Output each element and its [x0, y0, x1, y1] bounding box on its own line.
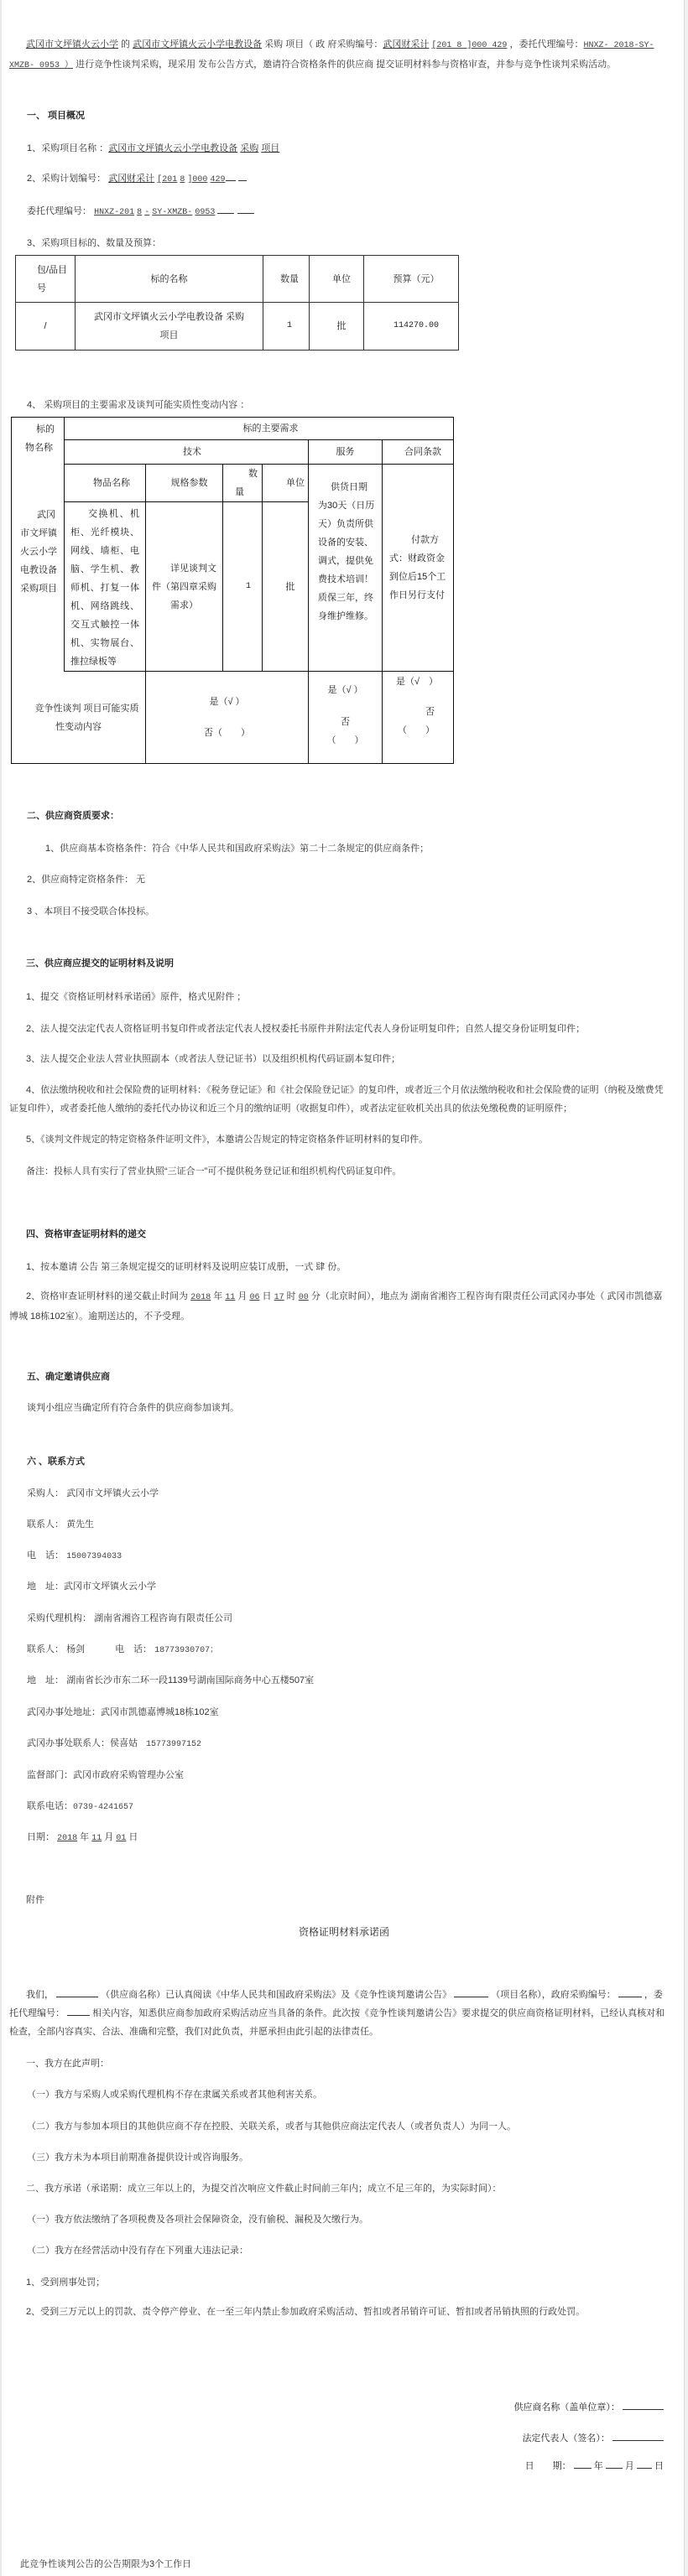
cell-subject: 武冈市文坪镇火云小学电教设备采购项目: [12, 465, 65, 672]
contact-phone: 18773930707；: [154, 1646, 218, 1655]
contact-buyer-person: 联系人： 黄先生: [9, 1515, 669, 1534]
deadline-text: 2、资格审查证明材料的递交截止时间为: [26, 1291, 190, 1301]
contact-label: 武冈办事处地址：: [27, 1707, 101, 1717]
submission-item: 1、按本邀请 公告 第三条规定提交的证明材料及说明应装订成册，一式 肆 份。: [9, 1258, 669, 1276]
contact-value: 杨剑: [66, 1644, 85, 1654]
cell-service: 供货日期为30天（日历天）负责所供设备的安装、调式，提供免费技术培训！ 质保三年…: [309, 465, 383, 672]
section-1-heading: 一、 项目概况: [9, 106, 669, 125]
deadline-hour: 17: [274, 1293, 284, 1302]
cell-quantity: 1: [263, 303, 310, 351]
blank-underline: [637, 2459, 652, 2469]
contact-label: 电 话：: [27, 1550, 64, 1561]
project-name-label: 1、采购项目名称 ：: [27, 143, 108, 153]
contact-agency-address: 地 址： 湖南省长沙市东二环一段1139号湖南国际商务中心五楼507室: [9, 1671, 669, 1690]
contact-label: 地 址：: [27, 1675, 64, 1685]
submission-deadline: 2、资格审查证明材料的递交截止时间为 2018 年 11 月 06 日 17 时…: [9, 1287, 669, 1326]
blank-underline: [67, 2006, 90, 2016]
requirements-table: 标的物名称 标的主要需求 技术 服务 合同条款 武冈市文坪镇火云小学电教设备采购…: [11, 417, 454, 764]
contact-supervisor: 监督部门：武冈市政府采购管理办公室: [9, 1766, 669, 1784]
header-item-name: 物品名称: [65, 465, 146, 502]
announcement-date: 日期： 2018 年 11 月 01 日: [9, 1828, 669, 1848]
contract-yes-option: 是（√ ）: [396, 673, 435, 691]
violation-item: 1、受到刑事处罚；: [9, 2273, 669, 2292]
document-item: 3、法人提交企业法人营业执照副本（或者法人登记证书）以及组织机构代码证副本复印件…: [9, 1050, 669, 1068]
date-label: 日期：: [27, 1832, 55, 1842]
contact-value: 湖南省长沙市东二环一段1139号湖南国际商务中心五楼507室: [66, 1675, 314, 1685]
section-6-heading: 六 、联系方式: [9, 1452, 669, 1471]
cell-service-variable: 是（√ ） 否（ ）: [309, 672, 383, 764]
header-main-requirements: 标的主要需求: [65, 418, 454, 440]
cell-budget: 114270.00: [364, 303, 459, 351]
contact-label: 地 址：: [27, 1581, 64, 1592]
deadline-text: 时: [284, 1291, 299, 1301]
technical-yes-option: 是（√ ）: [146, 693, 308, 711]
date-month-unit: 月: [625, 2461, 634, 2471]
budget-table: 包/品目号 标的名称 数量 单位 预算（元） / 武冈市文坪镇火云小学电教设备 …: [15, 255, 459, 351]
commitment-letter-paragraph: 我们， （供应商名称）已认真阅读《中华人民共和国政府采购法》及《竞争性谈判邀请公…: [9, 1986, 669, 2041]
blank-underline: [56, 1987, 98, 1997]
document-item: 1、提交《资格证明材料承诺函》原件，格式见附件 ；: [9, 988, 669, 1006]
signature-date-label: 日 期：: [525, 2461, 571, 2471]
declaration-item: （三）我方未为本项目前期准备提供设计或咨询服务。: [9, 2148, 669, 2167]
section-4-heading: 四、资格审查证明材料的递交: [9, 1225, 669, 1244]
intro-text: 的: [118, 39, 133, 49]
blank-underline: [623, 2400, 664, 2410]
plan-number-row: 2、采购计划编号： 武冈财采计 [201 8 ]000 429: [9, 169, 669, 190]
plan-number-label: 2、采购计划编号：: [27, 174, 106, 184]
contact-label: 武冈办事处联系人：: [27, 1738, 110, 1748]
deadline-text: 年: [211, 1291, 225, 1301]
header-unit: 单位: [310, 256, 364, 303]
plan-number-prefix: 武冈财采计: [383, 39, 429, 49]
contact-agency: 采购代理机构： 湖南省湘咨工程咨询有限责任公司: [9, 1609, 669, 1628]
signature-supplier-line: 供应商名称（盖单位章）：: [513, 2398, 664, 2417]
date-year: 2018: [57, 1834, 77, 1843]
contact-supervisor-phone: 联系电话：0739-4241657: [9, 1797, 669, 1817]
deadline-text: 日: [259, 1291, 274, 1301]
qualification-item: 2、供应商特定资格条件： 无: [9, 870, 669, 889]
header-item-name: 标的名称: [76, 256, 263, 303]
contact-label: 联系电话：: [27, 1801, 73, 1811]
declaration-item: （一）我方与采购人或采购代理机构不存在隶属关系或者其他利害关系。: [9, 2085, 669, 2104]
blank-underline: [612, 2431, 664, 2441]
agent-number-value: -: [144, 208, 149, 217]
blank-underline: [606, 2459, 623, 2469]
agent-number-value: HNXZ-201: [94, 208, 134, 217]
header-budget: 预算（元）: [364, 256, 459, 303]
project-name-value: 武冈市文坪镇火云小学电教设备: [108, 143, 237, 153]
contact-office-person: 武冈办事处联系人：侯喜姑15773997152: [9, 1734, 669, 1754]
blank-underline: [226, 171, 236, 181]
letter-text: 我们，: [26, 1990, 54, 2000]
plan-number-value: 8: [180, 175, 185, 184]
letter-text: （供应商名称）已认真阅读《中华人民共和国政府采购法》及《竞争性谈判邀请公告》: [101, 1990, 451, 2000]
cell-item-name: 武冈市文坪镇火云小学电教设备 采购项目: [76, 303, 263, 351]
cell-spec: 详见谈判文件（第四章采购需求）: [146, 502, 223, 672]
date-text: 月: [102, 1832, 116, 1842]
header-service: 服务: [309, 440, 383, 465]
contact-buyer-phone: 电 话： 15007394033: [9, 1546, 669, 1566]
intro-paragraph: 武冈市文坪镇火云小学 的 武冈市文坪镇火云小学电教设备 采购 项目（ 政 府采购…: [9, 35, 669, 75]
plan-number-value: 429: [210, 175, 225, 184]
agent-number-value: 8: [137, 208, 142, 217]
deadline-minute: 00: [299, 1293, 309, 1302]
letter-text: 相关内容，知悉供应商参加政府采购活动应当具备的条件。此次按《竞争性谈判邀请公告》…: [9, 2008, 665, 2037]
contact-label: 联系人：: [27, 1519, 64, 1529]
cell-contract: 付款方式：财政资金到位后15个工作日另行支付: [383, 465, 454, 672]
budget-table-header-row: 包/品目号 标的名称 数量 单位 预算（元）: [16, 256, 459, 303]
signature-representative-label: 法定代表人（签名）：: [522, 2433, 610, 2444]
contact-label: 采购人：: [27, 1488, 64, 1498]
technical-no-option: 否（ ）: [146, 724, 308, 742]
requirements-label: 4、 采购项目的主要需求及谈判可能实质性变动内容 ：: [9, 396, 669, 414]
plan-number: [201 8 ]000 429: [431, 41, 507, 50]
deadline-day: 06: [249, 1293, 259, 1302]
section-2-heading: 二、供应商资质要求：: [9, 807, 669, 825]
document-item: 5、《谈判文件规定的特定资格条件证明文件》，本邀请公告规定的特定资格条件证明材料…: [9, 1130, 669, 1149]
date-text: 年: [77, 1832, 91, 1842]
letter-text: （项目名称），政府采购编号：: [491, 1990, 616, 2000]
signature-date-line: 日 期： 年 月 日: [525, 2457, 664, 2475]
contact-value: 武冈市政府采购管理办公室: [73, 1770, 184, 1780]
contract-no-option: 否（ ）: [396, 703, 435, 740]
agent-number-value: SY-XMZB-: [152, 208, 192, 217]
blank-underline: [217, 204, 234, 214]
commitment-heading: 二、我方承诺（承诺期：成立三年以上的，为提交首次响应文件截止时间前三年内；成立不…: [9, 2179, 669, 2198]
variable-content-row: 竞争性谈判 项目可能实质性变动内容 是（√ ） 否（ ） 是（√ ） 否（ ） …: [12, 672, 454, 764]
deadline-text: 月: [235, 1291, 249, 1301]
page-left-edge: [0, 0, 2, 2576]
date-day-unit: 日: [654, 2461, 664, 2471]
project-name: 武冈市文坪镇火云小学电教设备: [133, 39, 262, 49]
contact-value: 武冈市文坪镇火云小学: [66, 1488, 159, 1498]
header-contract: 合同条款: [383, 440, 454, 465]
cell-unit: 批: [263, 502, 309, 672]
announcement-period-notice: 此竞争性谈判公告的公告期限为3个工作日: [9, 2555, 669, 2573]
intro-text: ，委托代理编号：: [507, 39, 583, 49]
qualification-item: 1、供应商基本资格条件：符合《中华人民共和国政府采购法》第二十二条规定的供应商条…: [9, 839, 669, 858]
header-spec: 规格参数: [146, 465, 223, 502]
cell-technical-variable: 是（√ ） 否（ ）: [146, 672, 309, 764]
agent-number-row: 委托代理编号： HNXZ-201 8 - SY-XMZB- 0953: [9, 202, 669, 222]
service-yes-option: 是（√ ）: [326, 681, 365, 699]
contact-label: 联系人：: [27, 1644, 64, 1654]
declaration-item: （二）我方与参加本项目的其他供应商不存在控股、关联关系，或者与其他供应商法定代表…: [9, 2117, 669, 2136]
contact-phone: 0739-4241657: [73, 1803, 133, 1812]
budget-label: 3、采购项目标的、数量及预算：: [9, 234, 669, 252]
contact-value: 黄先生: [66, 1519, 94, 1529]
section-5-heading: 五、确定邀请供应商: [9, 1368, 669, 1386]
contact-buyer: 采购人： 武冈市文坪镇火云小学: [9, 1484, 669, 1503]
contact-value: 湖南省湘咨工程咨询有限责任公司: [94, 1613, 232, 1623]
plan-number-value: ]000: [187, 175, 207, 184]
contact-value: 武冈市凯德嘉博城18栋102室: [101, 1707, 219, 1717]
contact-buyer-address: 地 址：武冈市文坪镇火云小学: [9, 1577, 669, 1596]
commitment-item: （二）我方在经营活动中没有存在下列重大违法记录：: [9, 2241, 669, 2260]
blank-underline: [454, 1987, 488, 1997]
contact-agency-person: 联系人： 杨剑电 话： 18773930707；: [9, 1640, 669, 1660]
blank-underline: [238, 171, 247, 181]
cell-package-number: /: [16, 303, 76, 351]
requirements-header-row: 标的物名称 标的主要需求: [12, 418, 454, 440]
blank-underline: [574, 2459, 592, 2469]
cell-unit: 批: [310, 303, 364, 351]
contact-label: 电 话：: [115, 1644, 152, 1654]
qualification-item: 3 、本项目不接受联合体投标。: [9, 902, 669, 921]
header-subject-name: 标的物名称: [12, 418, 65, 465]
cell-variable-label: 竞争性谈判 项目可能实质性变动内容: [12, 672, 146, 764]
table-row: / 武冈市文坪镇火云小学电教设备 采购项目 1 批 114270.00: [16, 303, 459, 351]
cell-items: 交换机、机柜、光纤模块、网线、墙柜、电脑、学生机、教师机、打复一体机、网络跳线、…: [65, 502, 146, 672]
declaration-heading: 一、我方在此声明：: [9, 2054, 669, 2073]
contact-label: 监督部门：: [27, 1770, 73, 1780]
commitment-item: （一）我方依法缴纳了各项税费及各项社会保障资金，没有偷税、漏税及欠缴行为。: [9, 2210, 669, 2229]
header-quantity: 数量: [263, 256, 310, 303]
date-text: 日: [126, 1832, 138, 1842]
agent-number-label: 委托代理编号：: [27, 206, 91, 216]
contact-label: 采购代理机构：: [27, 1613, 91, 1623]
header-package-number: 包/品目号: [16, 256, 76, 303]
header-technical: 技术: [65, 440, 309, 465]
contact-phone: 15007394033: [66, 1552, 122, 1561]
deadline-year: 2018: [190, 1293, 211, 1302]
date-day: 01: [116, 1834, 126, 1843]
plan-number-value: 武冈财采计: [108, 174, 154, 184]
document-item: 4、依法缴纳税收和社会保险费的证明材料：《税务登记证》和《社会保险登记证》的复印…: [9, 1081, 669, 1118]
project-name-value: 采购: [240, 143, 258, 153]
document-note: 备注：投标人具有实行了营业执照“三证合一”可不提供税务登记证和组织机构代码证复印…: [9, 1162, 669, 1181]
date-year-unit: 年: [594, 2461, 603, 2471]
page-right-edge: [684, 0, 688, 2576]
deadline-month: 11: [225, 1293, 235, 1302]
cell-contract-variable: 是（√ ） 否（ ）: [383, 672, 454, 764]
violation-item: 2、受到三万元以上的罚款、责令停产停业、在一至三年内禁止参加政府采购活动、暂扣或…: [9, 2303, 669, 2321]
contact-office-address: 武冈办事处地址：武冈市凯德嘉博城18栋102室: [9, 1703, 669, 1722]
attachment-label: 附件: [9, 1891, 669, 1909]
header-quantity: 数量: [223, 465, 263, 502]
requirements-subheader-row: 武冈市文坪镇火云小学电教设备采购项目 物品名称 规格参数 数量 单位 供货日期为…: [12, 465, 454, 502]
document-item: 2、法人提交法定代表人资格证明书复印件或者法定代表人授权委托书原件并附法定代表人…: [9, 1020, 669, 1038]
date-month: 11: [91, 1834, 102, 1843]
buyer-name: 武冈市文坪镇火云小学: [26, 39, 118, 49]
attachment-title: 资格证明材料承诺函: [0, 1923, 688, 1941]
blank-underline: [237, 204, 254, 214]
signature-supplier-label: 供应商名称（盖单位章）：: [513, 2402, 620, 2412]
contact-phone: 15773997152: [146, 1740, 201, 1749]
intro-text: 进行竞争性谈判采购，现采用 发布公告方式，邀请符合资格条件的供应商 提交证明材料…: [73, 60, 616, 70]
contact-value: 侯喜姑: [110, 1738, 138, 1748]
agent-number-value: 0953: [195, 208, 215, 217]
intro-text: 采购 项目（ 政 府采购编号：: [262, 39, 383, 49]
signature-representative-line: 法定代表人（签名）：: [522, 2429, 664, 2448]
selection-text: 谈判小组应当确定所有符合条件的供应商参加谈判。: [9, 1399, 669, 1417]
contact-value: 武冈市文坪镇火云小学: [64, 1581, 156, 1592]
requirements-group-row: 技术 服务 合同条款: [12, 440, 454, 465]
plan-number-value: [201: [157, 175, 177, 184]
cell-quantity: 1: [223, 502, 263, 672]
project-name-value: 项目: [261, 143, 279, 153]
service-no-option: 否（ ）: [326, 713, 365, 750]
blank-underline: [618, 1987, 642, 1997]
project-name-row: 1、采购项目名称 ：武冈市文坪镇火云小学电教设备 采购 项目: [9, 139, 669, 158]
section-3-heading: 三、供应商应提交的证明材料及说明: [9, 954, 669, 973]
header-unit: 单位: [263, 465, 309, 502]
document-page: 武冈市文坪镇火云小学 的 武冈市文坪镇火云小学电教设备 采购 项目（ 政 府采购…: [0, 0, 688, 2576]
